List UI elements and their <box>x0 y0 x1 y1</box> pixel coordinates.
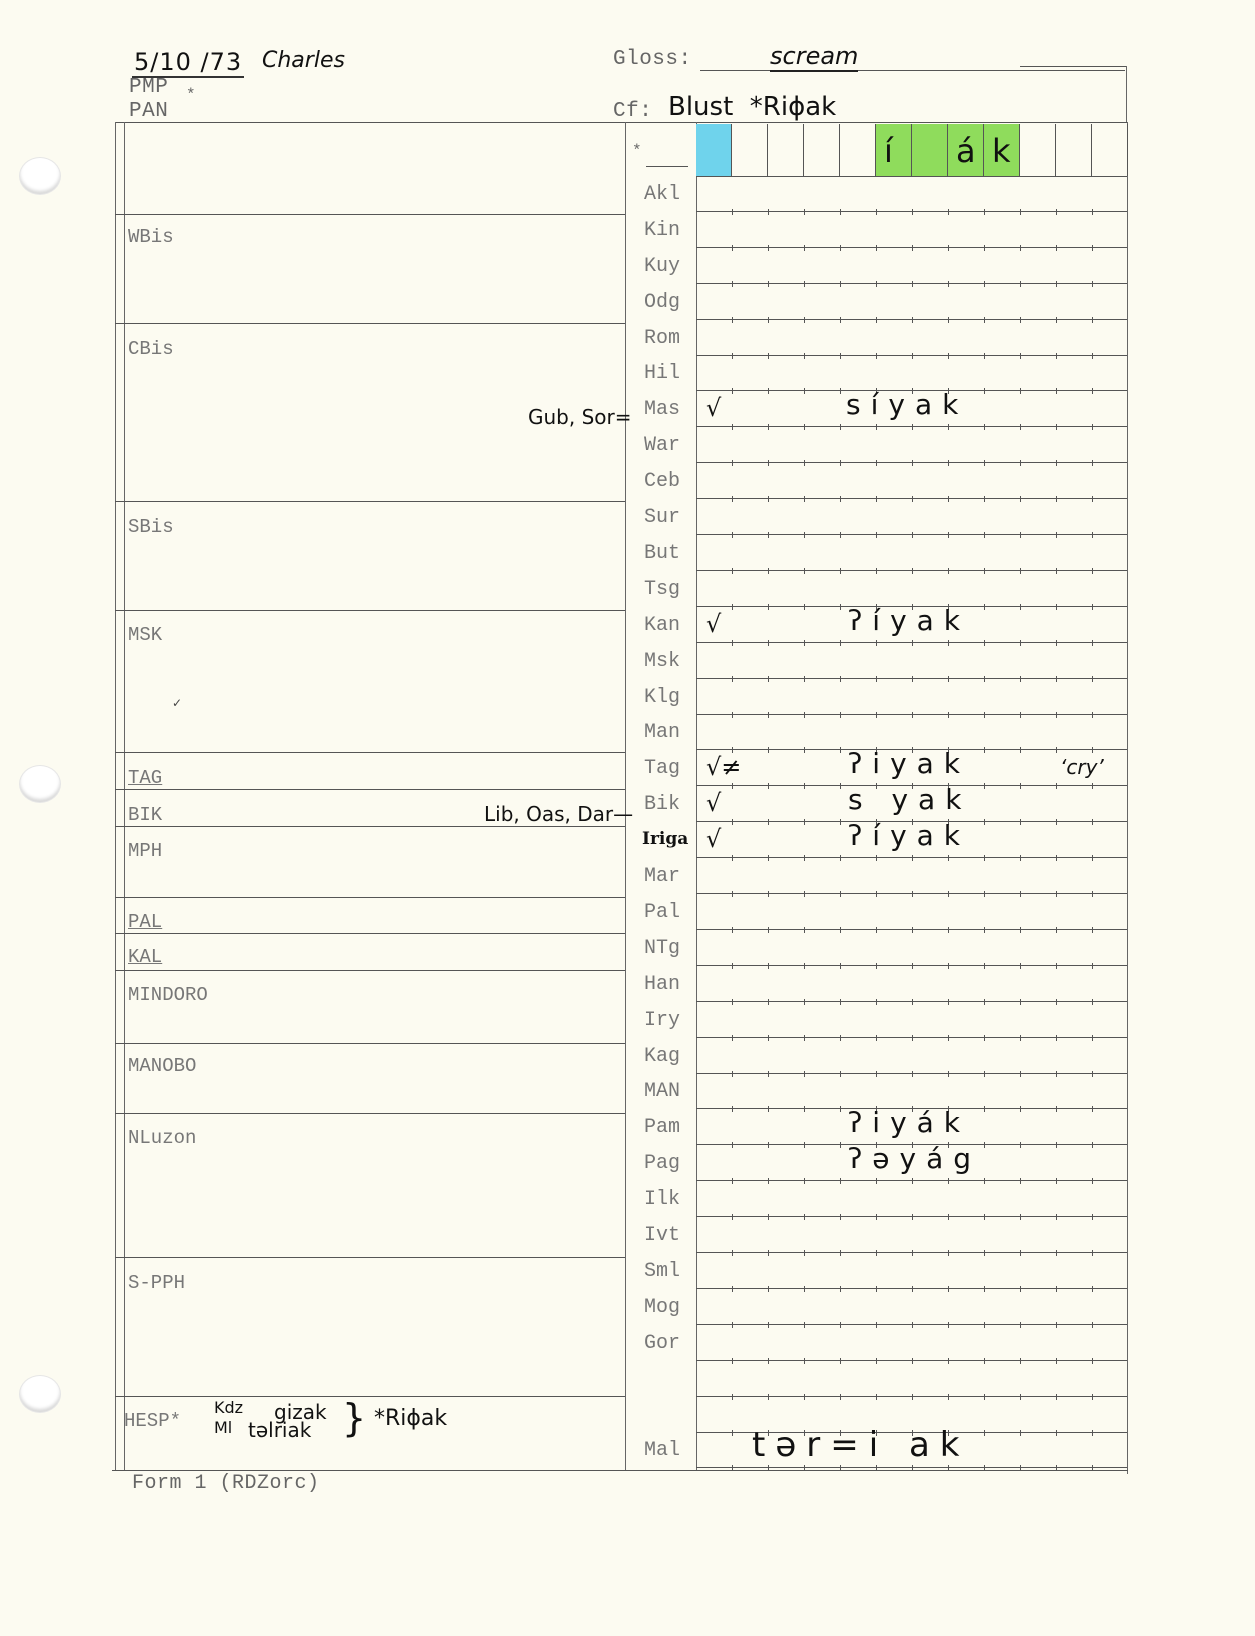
language-code: Mal <box>644 1439 696 1462</box>
row-tick <box>912 1035 913 1041</box>
cf-label: Cf: <box>613 100 652 123</box>
reconstruction-star: * <box>632 142 642 160</box>
row-tick <box>840 281 841 287</box>
row-tick <box>1092 891 1093 897</box>
gloss-label: Gloss: <box>613 48 692 71</box>
row-tick <box>1020 927 1021 933</box>
code-column-divider <box>696 122 697 1470</box>
row-tick <box>732 424 733 430</box>
row-tick <box>1056 1286 1057 1292</box>
row-tick <box>840 891 841 897</box>
row-tick <box>948 963 949 969</box>
cognate-form: ʔiyak <box>848 747 970 780</box>
hesp-ml-form: təlriak <box>248 1418 311 1442</box>
row-tick <box>804 1071 805 1077</box>
row-tick <box>804 819 805 825</box>
row-tick <box>1020 1250 1021 1256</box>
group-label: MANOBO <box>128 1055 196 1077</box>
row-tick <box>804 317 805 323</box>
row-tick <box>1020 1358 1021 1364</box>
row-tick <box>984 532 985 538</box>
row-tick <box>1020 819 1021 825</box>
language-code: Hil <box>644 362 696 385</box>
check-mark-icon: √ <box>706 610 721 638</box>
row-tick <box>840 640 841 646</box>
row-tick <box>948 1394 949 1400</box>
row-tick <box>1020 388 1021 394</box>
table-top <box>115 122 1127 123</box>
row-tick <box>876 1394 877 1400</box>
reconstruction-segment: k <box>992 132 1011 170</box>
group-label: MINDORO <box>128 984 208 1006</box>
row-tick <box>768 1035 769 1041</box>
row-tick <box>768 963 769 969</box>
language-code: Han <box>644 973 696 996</box>
row-tick <box>912 1286 913 1292</box>
row-tick <box>768 1394 769 1400</box>
row-tick <box>1092 855 1093 861</box>
group-divider <box>115 897 625 898</box>
row-tick <box>840 388 841 394</box>
row-tick <box>768 388 769 394</box>
row-tick <box>912 1214 913 1220</box>
row-tick <box>1020 568 1021 574</box>
row-tick <box>876 891 877 897</box>
row-tick <box>876 424 877 430</box>
row-tick <box>876 532 877 538</box>
row-tick <box>1056 1035 1057 1041</box>
row-tick <box>912 891 913 897</box>
row-tick <box>876 1178 877 1184</box>
row-tick <box>1020 317 1021 323</box>
row-tick <box>948 676 949 682</box>
row-tick <box>804 676 805 682</box>
row-tick <box>1056 388 1057 394</box>
row-tick <box>732 1286 733 1292</box>
row-tick <box>984 1178 985 1184</box>
row-tick <box>804 783 805 789</box>
group-label: WBis <box>128 226 174 248</box>
group-label: CBis <box>128 338 174 360</box>
row-tick <box>948 460 949 466</box>
row-tick <box>984 604 985 610</box>
table-bottom <box>112 1470 1128 1471</box>
row-tick <box>948 568 949 574</box>
row-tick <box>984 1035 985 1041</box>
row-tick <box>1092 281 1093 287</box>
row-tick <box>912 532 913 538</box>
row-tick <box>948 855 949 861</box>
row-tick <box>1020 783 1021 789</box>
row-tick <box>840 1358 841 1364</box>
group-label: TAG <box>128 767 162 789</box>
row-tick <box>912 1178 913 1184</box>
language-code: Iriga <box>642 829 694 849</box>
row-tick <box>732 1322 733 1328</box>
row-tick <box>804 747 805 753</box>
language-code: But <box>644 542 696 565</box>
row-tick <box>840 1178 841 1184</box>
row-tick <box>732 819 733 825</box>
row-tick <box>1056 245 1057 251</box>
check-mark-icon: √ <box>706 394 721 422</box>
language-code: Iry <box>644 1009 696 1032</box>
bik-related-note: Lib, Oas, Dar— <box>484 802 633 826</box>
language-code: Odg <box>644 291 696 314</box>
row-tick <box>1020 532 1021 538</box>
row-tick <box>1092 1430 1093 1436</box>
row-tick <box>804 209 805 215</box>
row-tick <box>768 1142 769 1148</box>
row-tick <box>840 1465 841 1471</box>
row-tick <box>876 1358 877 1364</box>
table-left-outer <box>115 122 116 1470</box>
row-tick <box>876 1071 877 1077</box>
punch-hole-bottom <box>20 1376 60 1412</box>
row-tick <box>1092 1106 1093 1112</box>
language-code: Gor <box>644 1332 696 1355</box>
punch-hole-middle <box>20 766 60 802</box>
row-tick <box>1020 604 1021 610</box>
row-tick <box>1020 209 1021 215</box>
row-tick <box>1056 855 1057 861</box>
row-tick <box>1056 209 1057 215</box>
group-divider <box>115 323 625 324</box>
row-tick <box>984 963 985 969</box>
row-tick <box>948 891 949 897</box>
check-mark-icon: √ <box>706 789 721 817</box>
group-label: KAL <box>128 946 162 968</box>
row-tick <box>804 281 805 287</box>
language-code: Akl <box>644 183 696 206</box>
row-tick <box>1092 783 1093 789</box>
reconstruction-segment: á <box>956 132 976 170</box>
row-tick <box>768 891 769 897</box>
row-tick <box>768 1322 769 1328</box>
row-tick <box>1020 1106 1021 1112</box>
row-tick <box>912 460 913 466</box>
row-tick <box>732 1358 733 1364</box>
row-tick <box>1056 891 1057 897</box>
row-tick <box>768 676 769 682</box>
row-tick <box>732 1465 733 1471</box>
group-label: MSK <box>128 624 162 646</box>
row-tick <box>732 496 733 502</box>
row-tick <box>1020 999 1021 1005</box>
row-tick <box>768 1214 769 1220</box>
row-tick <box>948 1214 949 1220</box>
header-box-top <box>1020 66 1126 67</box>
row-tick <box>1092 317 1093 323</box>
row-tick <box>732 209 733 215</box>
row-tick <box>984 209 985 215</box>
hesp-kdz-lang: Kdz <box>214 1398 243 1417</box>
row-tick <box>1056 1358 1057 1364</box>
row-tick <box>1092 747 1093 753</box>
row-tick <box>1092 1465 1093 1471</box>
row-tick <box>840 532 841 538</box>
row-tick <box>1092 568 1093 574</box>
row-tick <box>948 1465 949 1471</box>
group-divider <box>115 1396 625 1397</box>
row-tick <box>876 963 877 969</box>
row-tick <box>984 424 985 430</box>
row-tick <box>948 999 949 1005</box>
reconstruction-cell <box>1092 124 1128 176</box>
row-tick <box>840 1286 841 1292</box>
row-tick <box>1056 604 1057 610</box>
row-tick <box>912 855 913 861</box>
row-tick <box>1092 963 1093 969</box>
row-tick <box>1056 747 1057 753</box>
row-tick <box>732 388 733 394</box>
language-code: Ceb <box>644 470 696 493</box>
row-tick <box>768 424 769 430</box>
row-tick <box>840 496 841 502</box>
row-tick <box>768 1286 769 1292</box>
language-code: Klg <box>644 686 696 709</box>
row-tick <box>948 209 949 215</box>
cf-value: Blust *Riɸak <box>668 92 836 122</box>
row-tick <box>804 1106 805 1112</box>
row-tick <box>840 819 841 825</box>
row-tick <box>876 1035 877 1041</box>
row-tick <box>732 281 733 287</box>
row-tick <box>840 604 841 610</box>
row-tick <box>840 460 841 466</box>
row-tick <box>1020 496 1021 502</box>
row-tick <box>912 496 913 502</box>
row-tick <box>948 1358 949 1364</box>
row-tick <box>1056 532 1057 538</box>
row-tick <box>840 783 841 789</box>
row-tick <box>1056 317 1057 323</box>
row-tick <box>876 1322 877 1328</box>
row-tick <box>984 747 985 753</box>
hesp-reconstruction: *Riɸak <box>374 1406 447 1431</box>
reconstruction-cell <box>1020 124 1056 176</box>
row-tick <box>732 1071 733 1077</box>
row-tick <box>840 353 841 359</box>
row-tick <box>1092 353 1093 359</box>
row-tick <box>912 1071 913 1077</box>
row-tick <box>1056 927 1057 933</box>
row-tick <box>768 783 769 789</box>
row-tick <box>984 245 985 251</box>
row-tick <box>1020 1394 1021 1400</box>
row-tick <box>768 281 769 287</box>
group-label: PAL <box>128 911 162 933</box>
row-tick <box>1092 424 1093 430</box>
punch-hole-top <box>20 158 60 194</box>
row-tick <box>1056 1250 1057 1256</box>
row-tick <box>1092 1286 1093 1292</box>
gloss-note: ‘cry’ <box>1060 755 1104 779</box>
reconstruction-cell <box>1056 124 1092 176</box>
gloss-underline <box>700 70 1125 71</box>
row-tick <box>840 855 841 861</box>
reconstruction-cell <box>804 124 840 176</box>
row-tick <box>840 747 841 753</box>
row-tick <box>912 245 913 251</box>
row-tick <box>1092 245 1093 251</box>
row-tick <box>912 424 913 430</box>
row-tick <box>912 1250 913 1256</box>
language-code: Ivt <box>644 1224 696 1247</box>
row-tick <box>732 245 733 251</box>
group-divider <box>115 752 625 753</box>
row-tick <box>948 496 949 502</box>
language-code: Tsg <box>644 578 696 601</box>
row-tick <box>1020 1071 1021 1077</box>
row-tick <box>768 209 769 215</box>
row-tick <box>840 1322 841 1328</box>
row-tick <box>948 927 949 933</box>
hesp-brace: } <box>342 1398 366 1438</box>
row-tick <box>1056 460 1057 466</box>
row-tick <box>1092 496 1093 502</box>
row-tick <box>984 460 985 466</box>
language-code: Pag <box>644 1152 696 1175</box>
row-tick <box>804 640 805 646</box>
row-tick <box>984 999 985 1005</box>
language-code: Kag <box>644 1045 696 1068</box>
row-tick <box>732 460 733 466</box>
row-tick <box>1056 819 1057 825</box>
row-tick <box>732 1035 733 1041</box>
row-tick <box>768 1358 769 1364</box>
row-tick <box>984 676 985 682</box>
row-tick <box>984 1358 985 1364</box>
row-tick <box>768 1106 769 1112</box>
row-tick <box>984 1142 985 1148</box>
row-tick <box>804 712 805 718</box>
row-tick <box>876 640 877 646</box>
row-tick <box>948 245 949 251</box>
row-tick <box>732 1430 733 1436</box>
row-tick <box>948 1322 949 1328</box>
group-divider <box>115 970 625 971</box>
row-tick <box>984 712 985 718</box>
row-tick <box>768 712 769 718</box>
row-tick <box>804 1178 805 1184</box>
pmp-star: * <box>186 86 196 104</box>
row-tick <box>876 353 877 359</box>
row-tick <box>732 712 733 718</box>
row-tick <box>804 568 805 574</box>
row-tick <box>876 1286 877 1292</box>
row-tick <box>768 460 769 466</box>
row-tick <box>732 891 733 897</box>
row-tick <box>732 353 733 359</box>
reconstruction-cell: í <box>876 124 912 176</box>
row-tick <box>1056 1322 1057 1328</box>
row-tick <box>912 281 913 287</box>
row-tick <box>948 353 949 359</box>
language-code: Pam <box>644 1116 696 1139</box>
row-tick <box>804 963 805 969</box>
row-tick <box>840 999 841 1005</box>
language-code: Sur <box>644 506 696 529</box>
reconstruction-cell <box>768 124 804 176</box>
row-tick <box>804 1322 805 1328</box>
check-mark-icon: √≠ <box>706 753 741 781</box>
row-tick <box>732 604 733 610</box>
header-box-right <box>1126 66 1127 122</box>
row-tick <box>1056 676 1057 682</box>
table-right <box>1127 122 1128 1474</box>
row-tick <box>804 1035 805 1041</box>
row-tick <box>1092 1035 1093 1041</box>
row-tick <box>1020 1430 1021 1436</box>
row-tick <box>804 1286 805 1292</box>
row-tick <box>948 1071 949 1077</box>
row-tick <box>984 927 985 933</box>
row-tick <box>984 1465 985 1471</box>
row-tick <box>984 1214 985 1220</box>
row-tick <box>768 1071 769 1077</box>
row-tick <box>804 1465 805 1471</box>
row-tick <box>984 1430 985 1436</box>
mas-related-note: Gub, Sor= <box>528 405 632 429</box>
group-column-divider <box>625 122 626 1470</box>
row-tick <box>912 712 913 718</box>
row-tick <box>732 855 733 861</box>
group-divider <box>115 1043 625 1044</box>
row-tick <box>1056 1071 1057 1077</box>
row-tick <box>804 424 805 430</box>
row-tick <box>768 532 769 538</box>
cognate-form: tər=i ak <box>752 1425 970 1465</box>
row-tick <box>984 496 985 502</box>
row-tick <box>912 676 913 682</box>
row-tick <box>984 640 985 646</box>
row-tick <box>1056 568 1057 574</box>
row-tick <box>912 640 913 646</box>
language-code: Sml <box>644 1260 696 1283</box>
row-tick <box>1056 712 1057 718</box>
row-tick <box>804 496 805 502</box>
row-tick <box>840 568 841 574</box>
row-tick <box>912 209 913 215</box>
row-tick <box>876 281 877 287</box>
row-tick <box>1092 1250 1093 1256</box>
cognate-form: ʔəyág <box>848 1142 981 1175</box>
row-tick <box>984 1286 985 1292</box>
group-label: MPH <box>128 840 162 862</box>
row-tick <box>1092 1071 1093 1077</box>
row-tick <box>948 281 949 287</box>
row-tick <box>1092 604 1093 610</box>
reconstruction-cell <box>912 124 948 176</box>
row-tick <box>948 317 949 323</box>
row-tick <box>912 999 913 1005</box>
language-code: Man <box>644 721 696 744</box>
row-tick <box>840 1214 841 1220</box>
row-tick <box>984 1071 985 1077</box>
row-tick <box>1056 1430 1057 1436</box>
reconstruction-cell <box>696 124 732 176</box>
row-tick <box>804 1394 805 1400</box>
row-tick <box>804 353 805 359</box>
row-tick <box>1020 245 1021 251</box>
row-tick <box>1092 640 1093 646</box>
row-tick <box>840 927 841 933</box>
row-tick <box>840 209 841 215</box>
row-tick <box>1020 891 1021 897</box>
group-divider <box>115 214 625 215</box>
row-tick <box>984 891 985 897</box>
